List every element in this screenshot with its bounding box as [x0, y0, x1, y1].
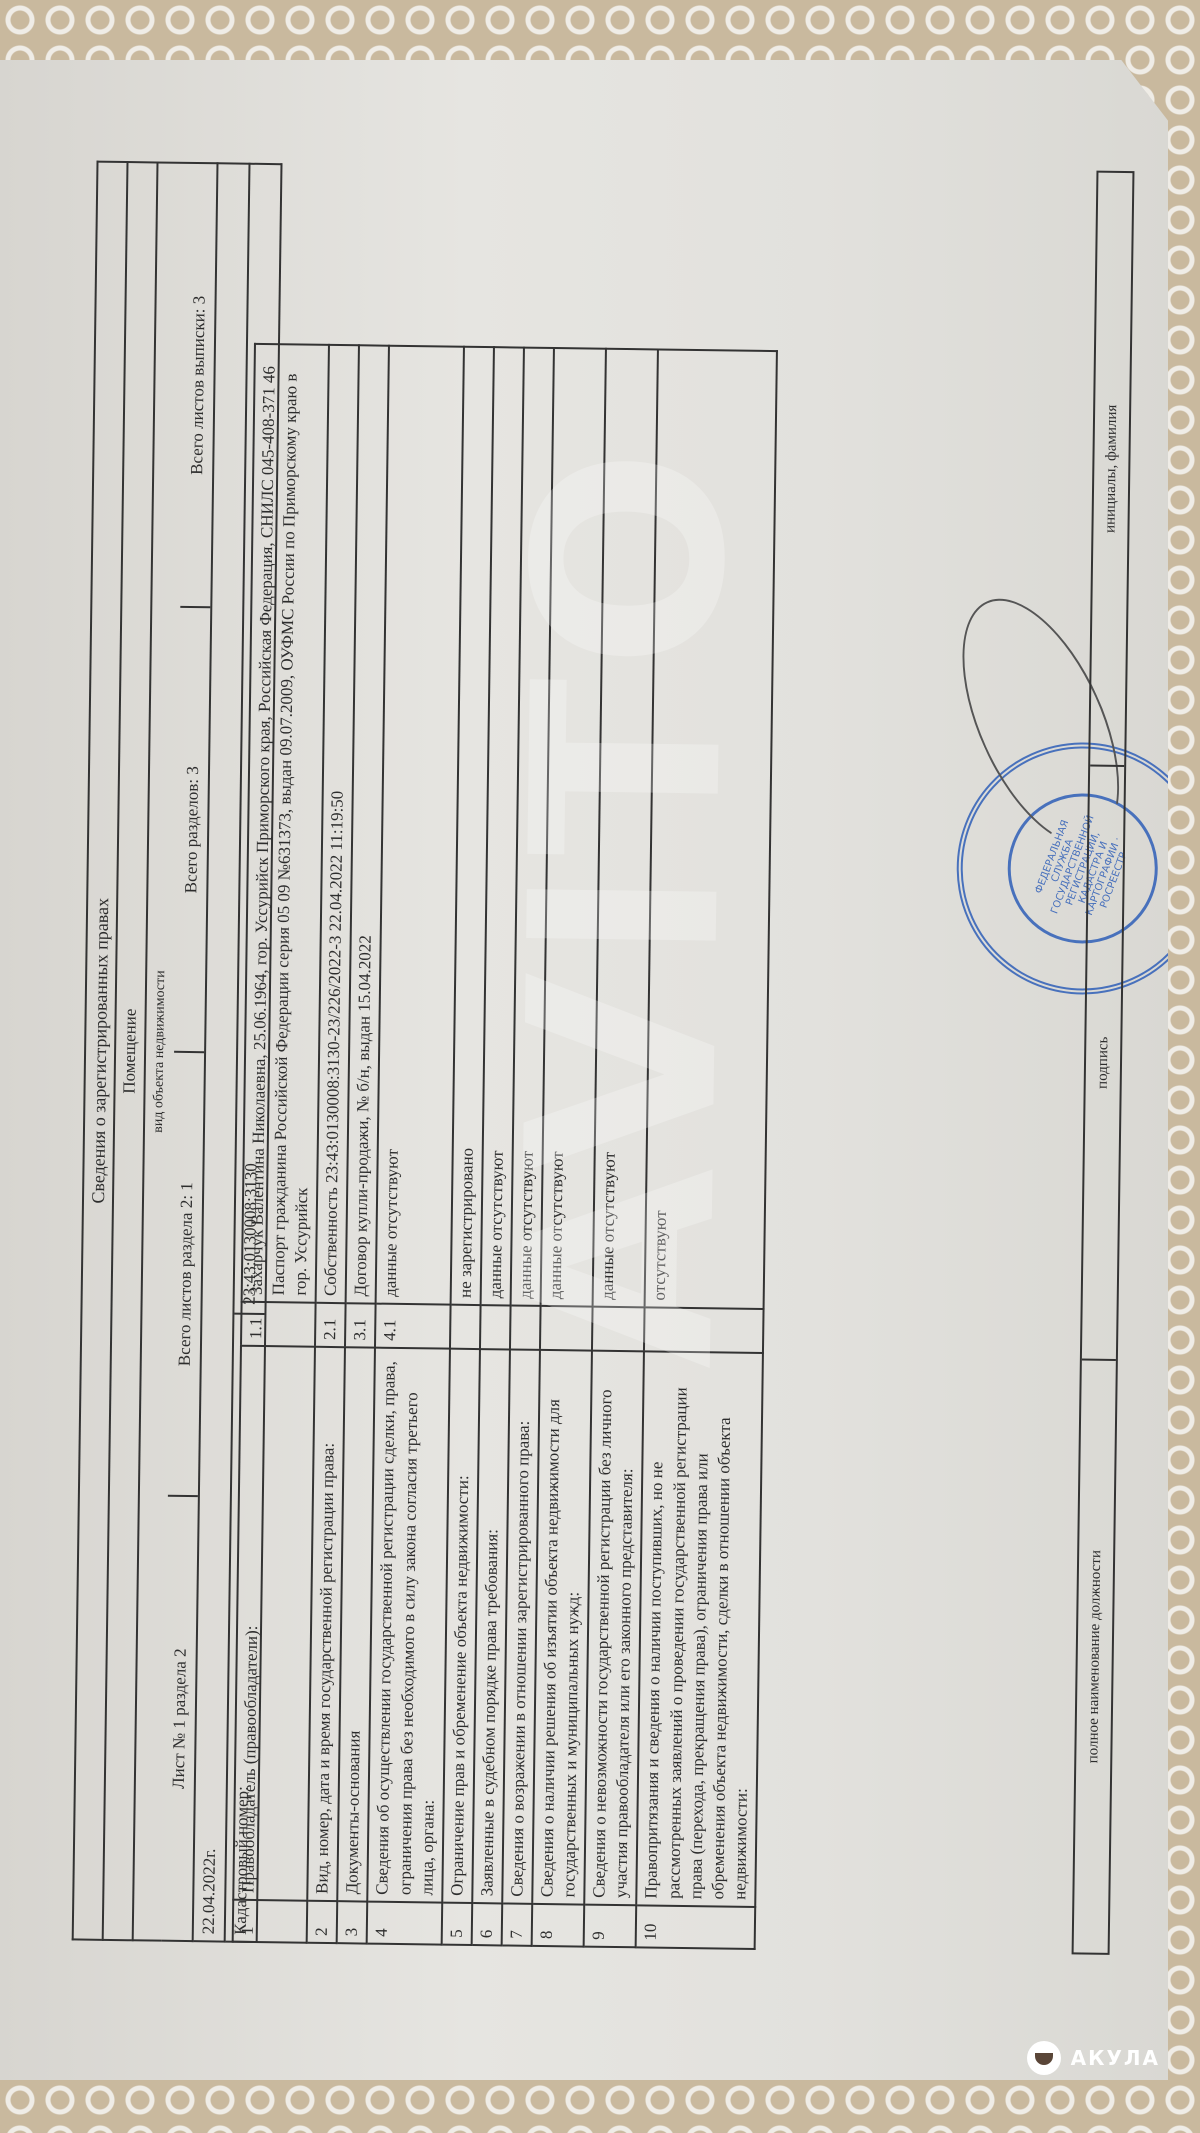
row-number: 8: [532, 1904, 585, 1947]
shark-logo-icon: [1027, 2041, 1061, 2075]
row-number: 2: [307, 1901, 338, 1943]
position-caption: полное наименование должности: [1074, 1358, 1116, 1952]
row-number: 5: [441, 1903, 472, 1945]
name-caption: инициалы, фамилия: [1090, 173, 1132, 765]
signature-footer: полное наименование должности подпись ин…: [1072, 171, 1135, 1955]
row-subnumber: 2.1: [315, 1303, 346, 1347]
egrn-extract: Сведения о зарегистрированных правах Пом…: [40, 100, 1200, 2076]
avito-watermark: AVITO: [470, 436, 785, 1370]
sections-total: Всего разделов: 3: [174, 606, 210, 1051]
sheets-total: Всего листов выписки: 3: [180, 164, 216, 607]
row-label: Правообладатель (правообладатели):: [233, 1346, 315, 1901]
sheet-number: Лист № 1 раздела 2: [162, 1495, 198, 1940]
row-label: Сведения об осуществлении государственно…: [368, 1348, 450, 1903]
document-sheet: Сведения о зарегистрированных правах Пом…: [0, 60, 1168, 2080]
row-value: Захарчук Валентина Николаевна, 25.06.196…: [242, 344, 330, 1303]
row-subnumber: 4.1: [375, 1304, 450, 1349]
row-subnumber: 1.1: [241, 1302, 316, 1347]
row-number: 3: [337, 1901, 368, 1943]
row-value: данные отсутствуют: [376, 346, 464, 1305]
sheets-in-section: Всего листов раздела 2: 1: [168, 1051, 204, 1496]
row-number: 9: [584, 1905, 637, 1948]
row-number: 7: [502, 1903, 533, 1945]
row-number: 6: [471, 1903, 502, 1945]
row-label: Правопритязания и сведения о наличии пос…: [637, 1351, 763, 1907]
akula-brand: АКУЛА: [1027, 2041, 1160, 2075]
row-label: Сведения о наличии решения об изъятии об…: [532, 1350, 592, 1905]
row-subnumber: 3.1: [345, 1303, 376, 1347]
brand-name: АКУЛА: [1071, 2046, 1160, 2070]
row-number: 10: [636, 1905, 755, 1949]
row-label: Сведения о невозможности государственной…: [584, 1351, 644, 1906]
signature-caption: подпись: [1082, 765, 1124, 1359]
row-number: 1: [233, 1900, 308, 1943]
row-number: 4: [367, 1902, 442, 1945]
